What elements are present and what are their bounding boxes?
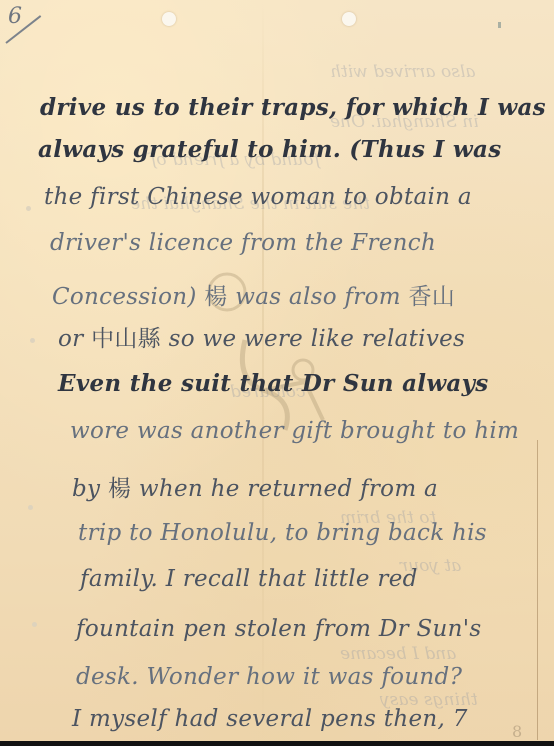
letter-line-10: trip to Honolulu, to bring back his [78, 520, 487, 546]
bleed-through-text: and I became [340, 644, 456, 664]
letter-page: 6 also arrived with in Shanghai. One fou… [0, 0, 554, 741]
letter-line-2: always grateful to him. (Thus I was [38, 136, 501, 163]
chinese-characters: 香山 [408, 284, 455, 310]
line-text: always grateful to him. (Thus I was [38, 136, 501, 163]
line-text: when he returned from a [139, 476, 438, 502]
letter-line-1: drive us to their traps, for which I was [40, 94, 546, 121]
line-text: the first Chinese woman to obtain a [44, 184, 472, 210]
line-text: trip to Honolulu, to bring back his [78, 520, 487, 546]
chinese-characters: 楊 [204, 284, 227, 310]
letter-line-14: I myself had several pens then, 7 [72, 706, 468, 732]
letter-line-9: by 楊 when he returned from a [72, 470, 438, 503]
line-text: drive us to their traps, for which I was [40, 94, 546, 121]
chinese-characters: 楊 [108, 476, 131, 502]
line-text: family. I recall that little red [80, 566, 418, 592]
scan-bottom-edge [0, 741, 554, 746]
letter-line-11: family. I recall that little red [80, 566, 418, 592]
line-text: Even the suit that Dr Sun always [58, 370, 489, 397]
margin-mark [28, 505, 33, 510]
line-text: I myself had several pens then, 7 [72, 706, 468, 732]
line-text: wore was another gift brought to him [70, 418, 519, 444]
line-text: so we were like relatives [169, 326, 466, 352]
line-text: Concession) [52, 284, 197, 310]
letter-line-4: driver's licence from the French [50, 230, 436, 256]
letter-line-3: the first Chinese woman to obtain a [44, 184, 472, 210]
punch-hole-left [162, 12, 176, 26]
letter-line-7: Even the suit that Dr Sun always [58, 370, 489, 397]
bleed-through-text: also arrived with [330, 62, 475, 82]
line-text: fountain pen stolen from Dr Sun's [76, 616, 482, 642]
margin-mark [26, 206, 31, 211]
letter-line-5: Concession) 楊 was also from 香山 [52, 278, 455, 311]
letter-line-6: or 中山縣 so we were like relatives [58, 320, 465, 353]
page-number: 6 [8, 4, 22, 29]
line-text: or [58, 326, 83, 352]
line-text: by [72, 476, 100, 502]
letter-line-13: desk. Wonder how it was found? [76, 664, 462, 690]
corner-pencil-mark: 8 [512, 722, 522, 741]
letter-line-12: fountain pen stolen from Dr Sun's [76, 616, 482, 642]
punch-hole-right [342, 12, 356, 26]
line-text: desk. Wonder how it was found? [76, 664, 462, 690]
paper-edge-crease [537, 440, 538, 740]
ink-spot [498, 22, 501, 28]
line-text: driver's licence from the French [50, 230, 436, 256]
margin-mark [30, 338, 35, 343]
margin-mark [32, 622, 37, 627]
chinese-characters: 中山縣 [91, 326, 161, 352]
line-text: was also from [235, 284, 401, 310]
letter-line-8: wore was another gift brought to him [70, 418, 519, 444]
